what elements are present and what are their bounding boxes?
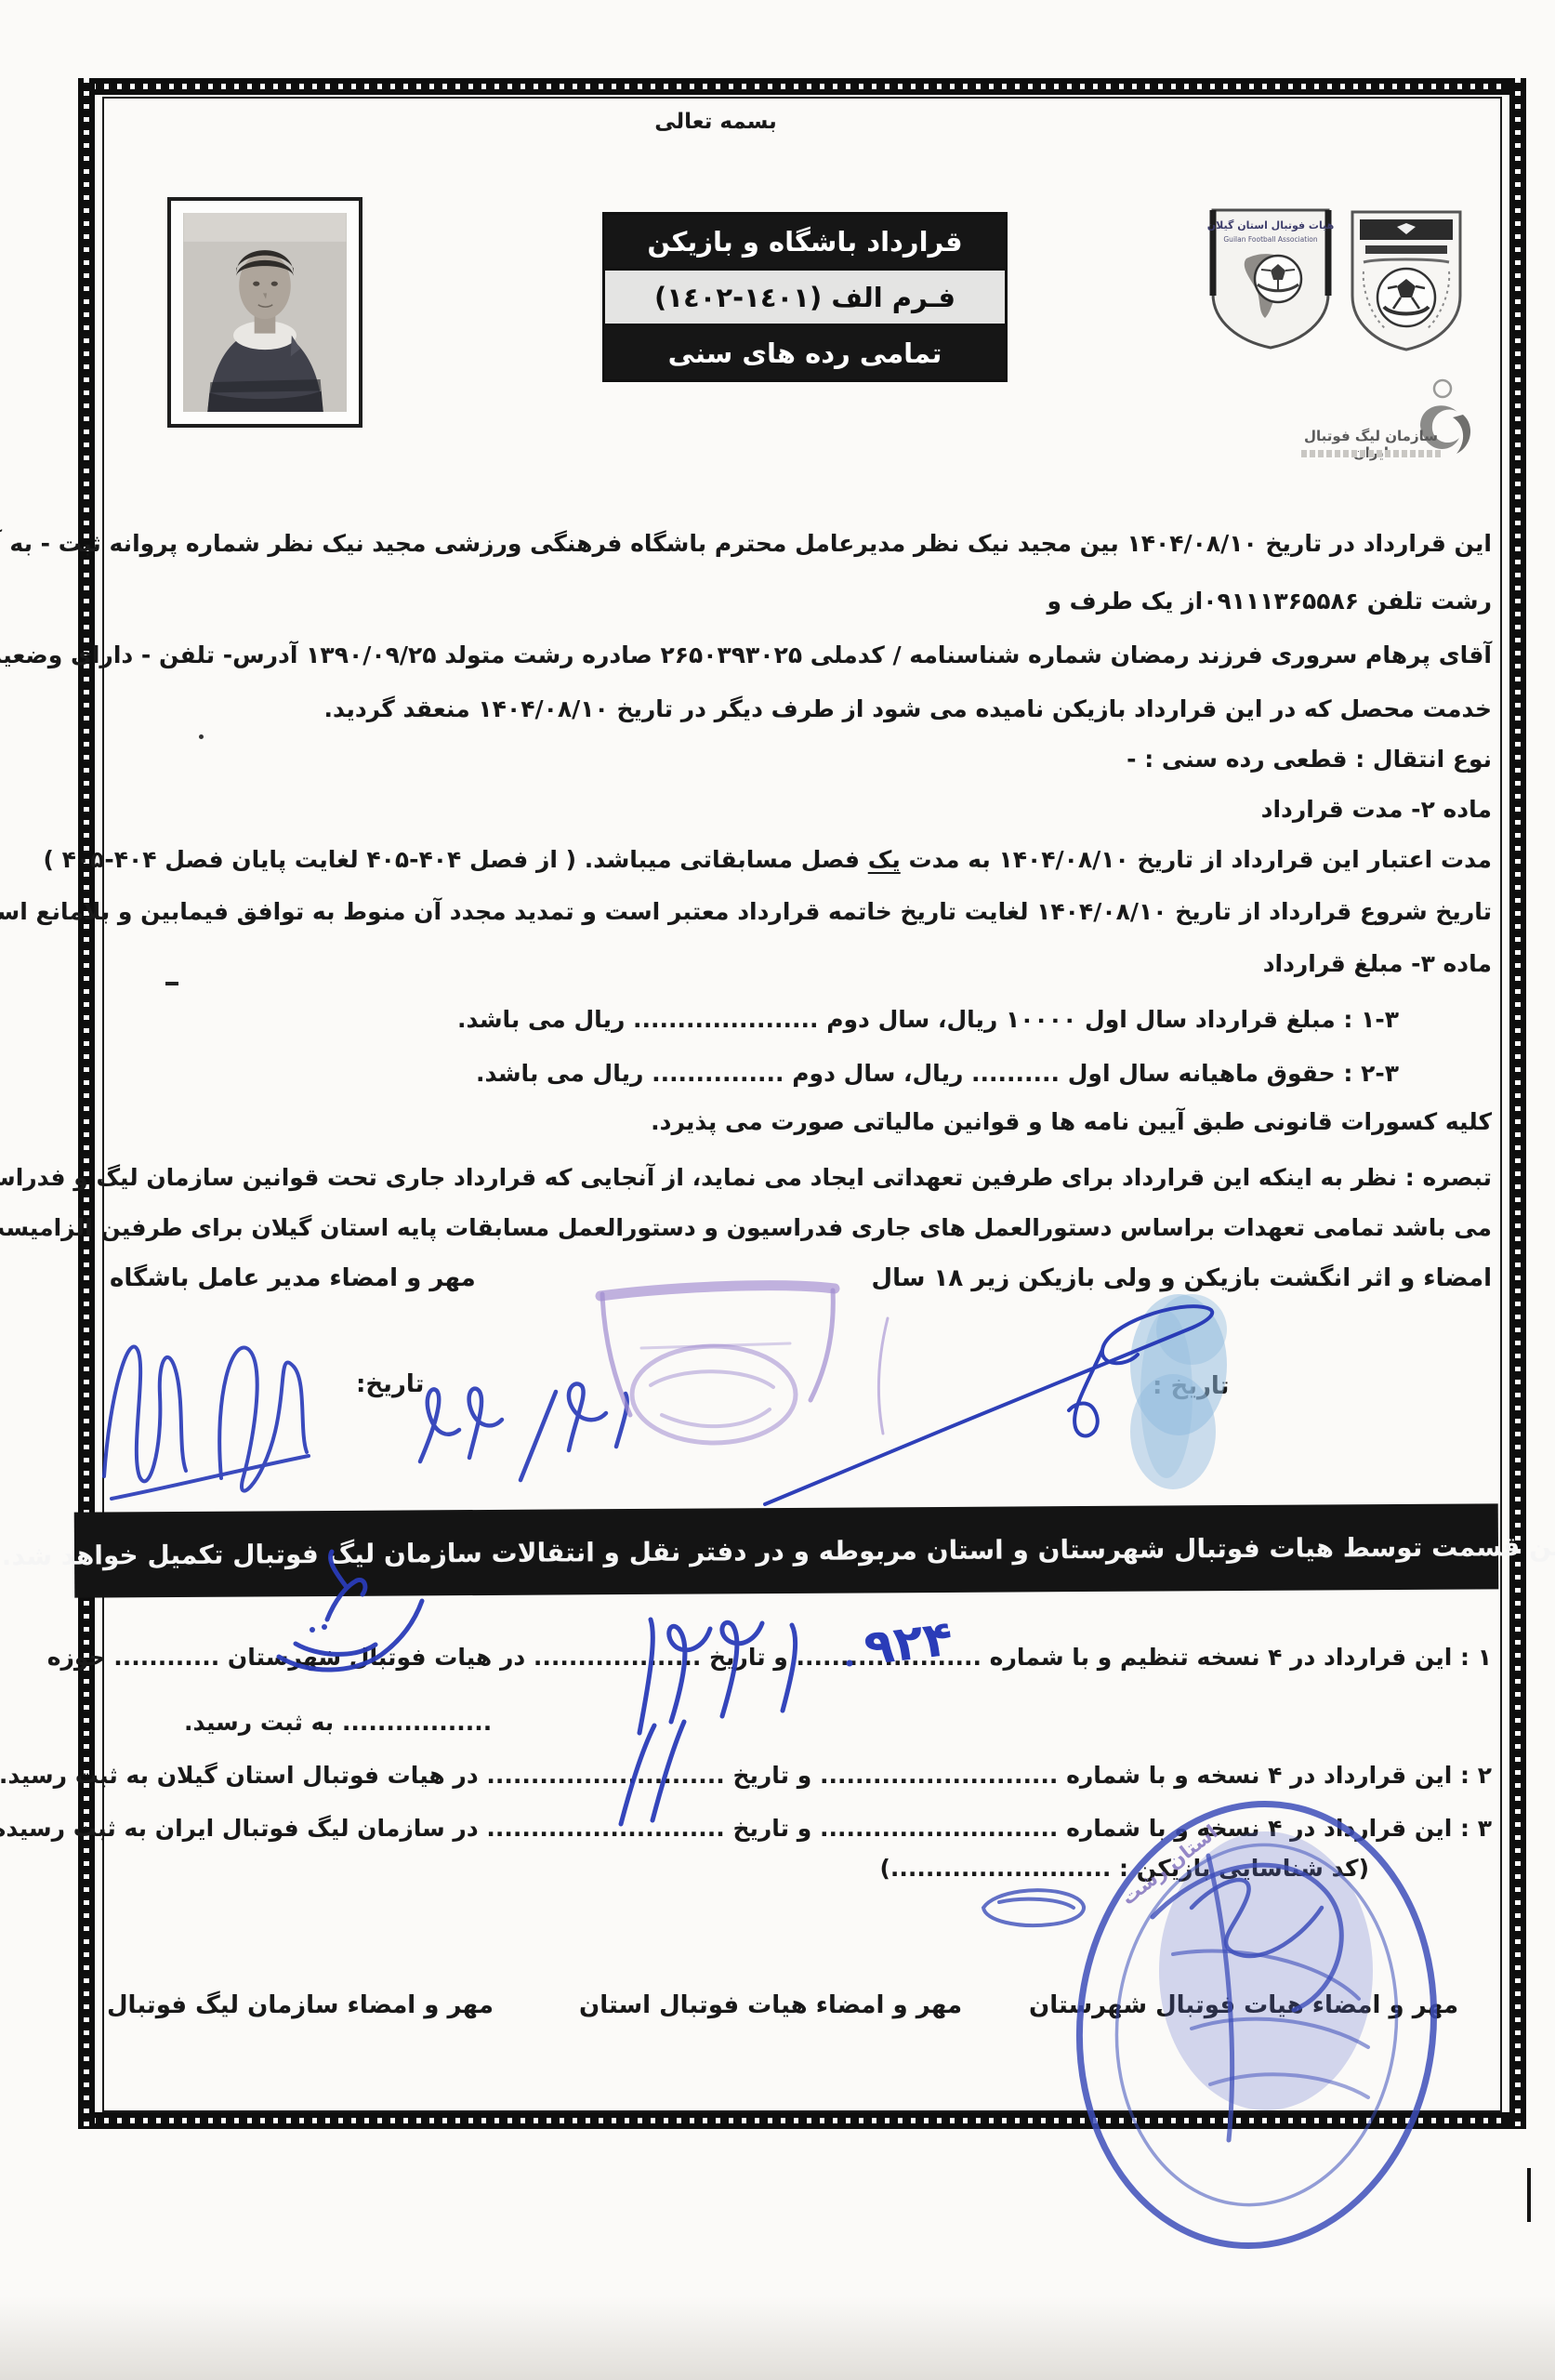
body-line-4: خدمت محصل که در این قرارداد بازیکن نامید… [56,695,1492,722]
body-line-12: کلیه کسورات قانونی طبق آیین نامه ها و قو… [56,1108,1492,1135]
bismillah-text: بسمه تعالی [651,110,781,134]
svg-text:Guilan Football Association: Guilan Football Association [1223,235,1317,244]
player-portrait-icon [183,213,347,412]
handwritten-registration-number: ۹۲۴ [862,1610,956,1676]
body-line-5: نوع انتقال : قطعی رده سنی : - [56,746,1492,773]
date-label-player: تاریخ : [1153,1372,1229,1400]
federation-shield-icon [1345,206,1468,355]
body-line-8: تاریخ شروع قرارداد از تاریخ ۱۴۰۴/۰۸/۱۰ ل… [56,898,1492,925]
body-line-2: رشت تلفن ۰۹۱۱۱۳۶۵۵۸۶از یک طرف و [56,588,1492,615]
registration-item-1-continued: ................. به ثبت رسید. [184,1709,492,1736]
scan-edge-mark [1527,2168,1531,2222]
body-line-3: آقای پرهام سروری فرزند رمضان شماره شناسن… [56,641,1492,668]
body-line-11: ۲-۳ : حقوق ماهیانه سال اول .......... ری… [56,1060,1399,1087]
body-line-7: مدت اعتبار این قرارداد از تاریخ ۱۴۰۴/۰۸/… [56,846,1492,873]
player-photo-image [183,213,347,412]
contract-title-box: قرارداد باشگاه و بازیکن فـرم الف ‎(١٤٠١-… [602,212,1008,382]
border-bottom [78,2112,1526,2129]
federation-logo [1345,206,1468,355]
transfer-office-banner: این قسمت توسط هیات فوتبال شهرستان و استا… [74,1503,1499,1597]
footer-label-shahrestan: مهر و امضاء هیات فوتبال شهرستان [1029,1991,1458,2019]
player-signature-title: امضاء و اثر انگشت بازیکن و ولی بازیکن زی… [872,1264,1492,1292]
player-id-code-line: (کد شناسایی بازیکن : ...................… [880,1855,1370,1882]
border-right [1509,78,1526,2129]
body-line-14: می باشد تمامی تعهدات براساس دستورالعمل ه… [56,1214,1492,1241]
league-caption-subline [1301,450,1441,457]
banner-text: این قسمت توسط هیات فوتبال شهرستان و استا… [2,1530,1555,1570]
stray-mark [165,982,178,985]
body-line-1: این قرارداد در تاریخ ۱۴۰۴/۰۸/۱۰ بین مجید… [56,530,1492,557]
svg-text:هیات فوتبال استان گیلان: هیات فوتبال استان گیلان [1207,219,1334,231]
scan-shadow [0,2296,1555,2380]
gilan-fa-logo: هیات فوتبال استان گیلان Guilan Football … [1204,205,1338,353]
title-row-form: فـرم الف ‎(١٤٠١-١٤٠٢)‎ [605,271,1005,326]
club-manager-signature-title: مهر و امضاء مدیر عامل باشگاه [110,1264,476,1292]
body-line-9: ماده ۳- مبلغ قرارداد [56,950,1492,977]
footer-label-ostan: مهر و امضاء هیات فوتبال استان [579,1991,962,2019]
title-row-contract: قرارداد باشگاه و بازیکن [605,215,1005,271]
body-line-13: تبصره : نظر به اینکه این قرارداد برای طر… [56,1164,1492,1191]
date-label-club: تاریخ: [356,1370,424,1398]
gilan-fa-shield-icon: هیات فوتبال استان گیلان Guilan Football … [1204,205,1338,353]
registration-item-1: ۱ : این قرارداد در ۴ نسخه تنظیم و با شما… [47,1644,1492,1671]
footer-label-league: مهر و امضاء سازمان لیگ فوتبال [107,1991,494,2019]
stray-mark [199,734,204,739]
body-line-6: ماده ۲- مدت قرارداد [56,796,1492,823]
scanned-contract-page: بسمه تعالی قرارداد ب [0,0,1555,2380]
registration-item-3: ۳ : این قرارداد در ۴ نسخه و با شماره ...… [0,1815,1492,1842]
body-line-10: ۱-۳ : مبلغ قرارداد سال اول ۱۰۰۰۰ ریال، س… [56,1006,1399,1033]
registration-item-2: ۲ : این قرارداد در ۴ نسخه و با شماره ...… [0,1762,1492,1789]
border-top [78,78,1526,95]
player-photo [167,197,362,428]
title-row-ages: تمامی رده های سنی [605,326,1005,379]
